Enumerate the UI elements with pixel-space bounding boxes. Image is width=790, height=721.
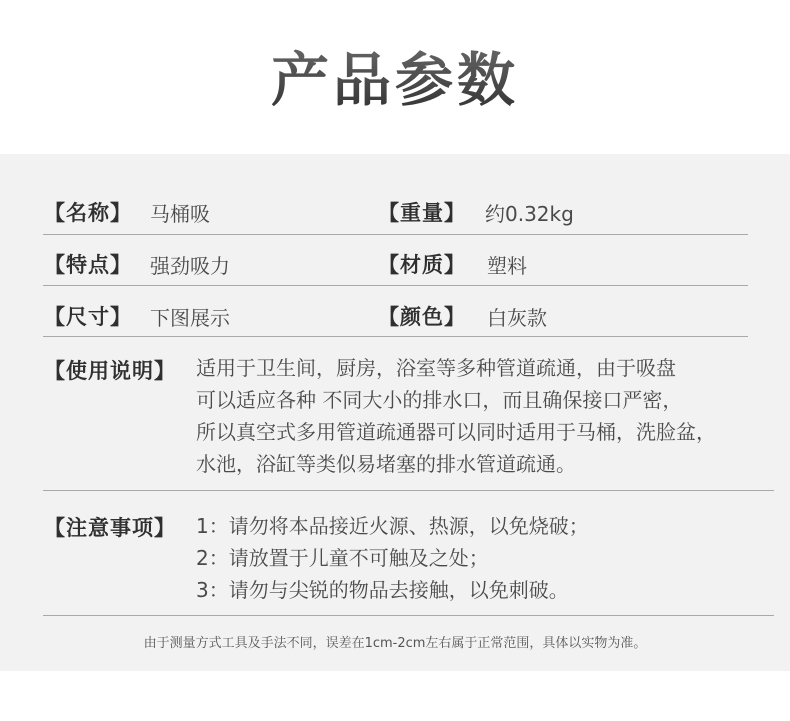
usage-label: 【使用说明】 — [44, 355, 176, 385]
divider — [43, 336, 748, 337]
divider — [43, 285, 748, 286]
spec-value-feature: 强劲吸力 — [150, 250, 230, 279]
spec-label-color: 【颜色】 — [378, 301, 466, 331]
measurement-disclaimer: 由于测量方式工具及手法不同，误差在1cm-2cm左右属于正常范围，具体以实物为准… — [0, 632, 790, 651]
spec-value-name: 马桶吸 — [150, 198, 210, 227]
note-line: 3：请勿与尖锐的物品去接触，以免刺破。 — [196, 574, 589, 606]
notes-label: 【注意事项】 — [44, 512, 176, 542]
divider — [43, 615, 774, 616]
note-line: 2：请放置于儿童不可触及之处； — [196, 542, 589, 574]
usage-line: 可以适应各种 不同大小的排水口，而且确保接口严密， — [196, 384, 716, 416]
spec-value-material: 塑料 — [487, 250, 527, 279]
spec-value-size: 下图展示 — [150, 302, 230, 331]
usage-line: 适用于卫生间，厨房，浴室等多种管道疏通，由于吸盘 — [196, 352, 716, 384]
page-title: 产品参数 — [0, 40, 790, 120]
note-line: 1：请勿将本品接近火源、热源，以免烧破； — [196, 510, 589, 542]
spec-label-feature: 【特点】 — [44, 249, 132, 279]
spec-value-weight: 约0.32kg — [485, 198, 574, 227]
notes-text: 1：请勿将本品接近火源、热源，以免烧破； 2：请放置于儿童不可触及之处； 3：请… — [196, 510, 589, 606]
spec-label-material: 【材质】 — [378, 249, 466, 279]
divider — [43, 490, 774, 491]
spec-label-size: 【尺寸】 — [44, 301, 132, 331]
spec-label-name: 【名称】 — [44, 197, 132, 227]
usage-text: 适用于卫生间，厨房，浴室等多种管道疏通，由于吸盘 可以适应各种 不同大小的排水口… — [196, 352, 716, 480]
divider — [43, 234, 748, 235]
spec-label-weight: 【重量】 — [378, 197, 466, 227]
usage-line: 所以真空式多用管道疏通器可以同时适用于马桶，洗脸盆， — [196, 416, 716, 448]
spec-value-color: 白灰款 — [487, 302, 547, 331]
usage-line: 水池，浴缸等类似易堵塞的排水管道疏通。 — [196, 448, 716, 480]
